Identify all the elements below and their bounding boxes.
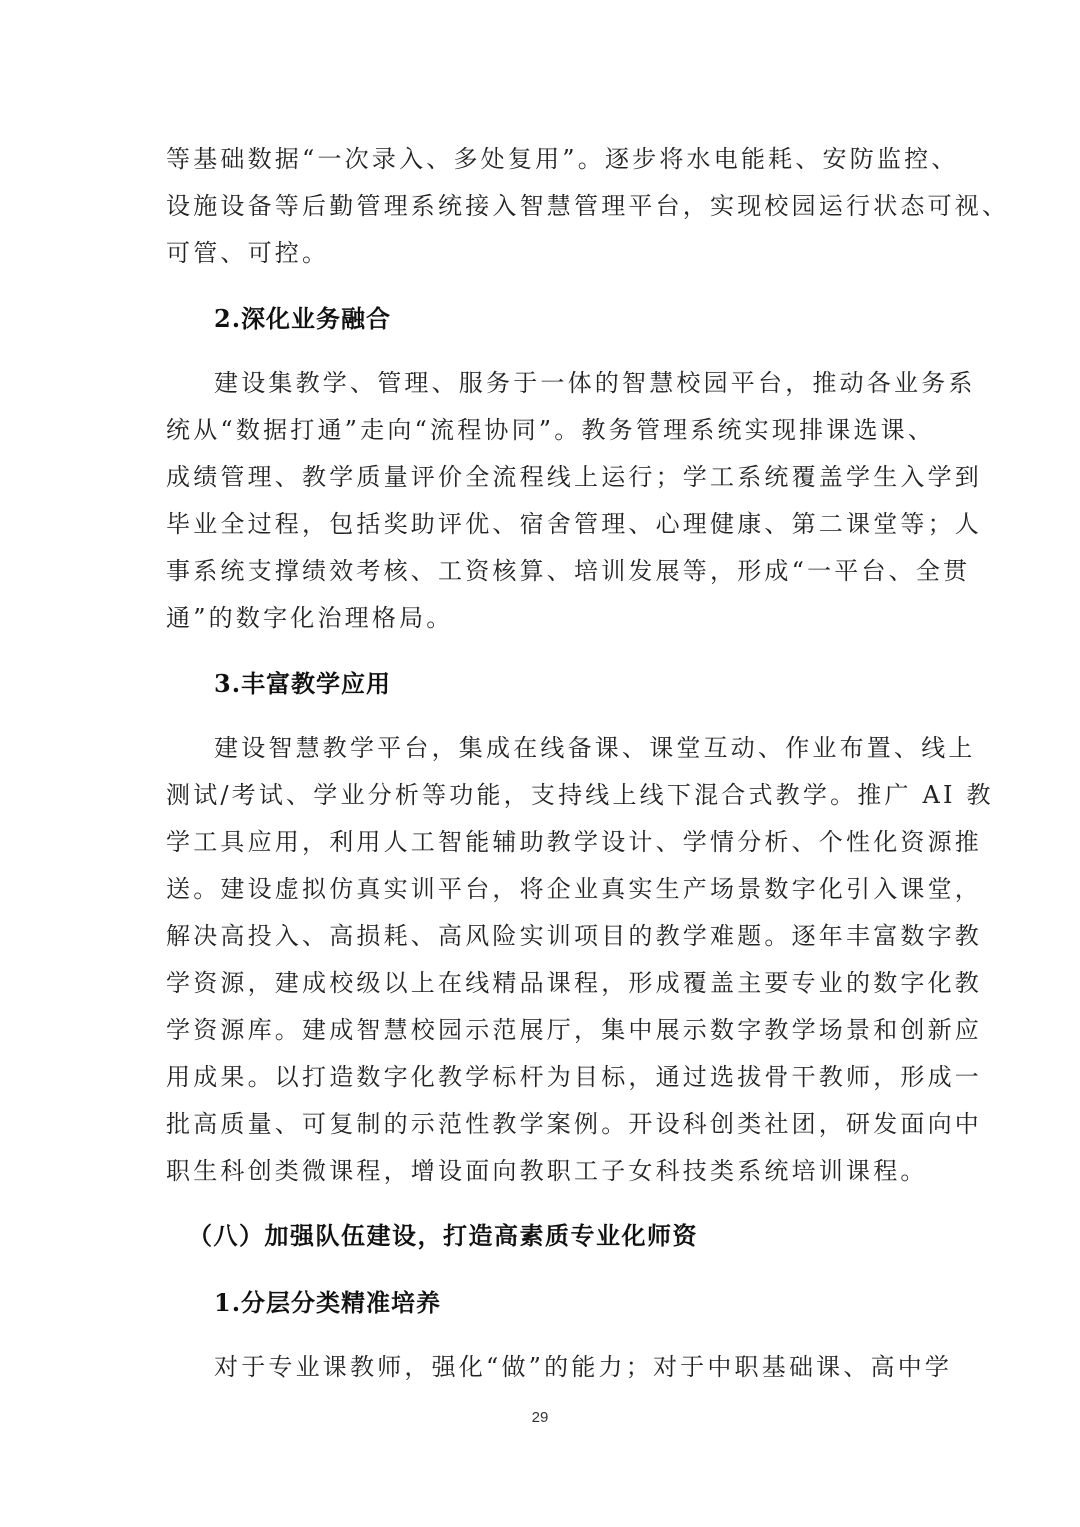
- paragraph-line: 职生科创类微课程，增设面向教职工子女科技类系统培训课程。: [166, 1155, 926, 1187]
- paragraph-line: 学资源库。建成智慧校园示范展厅，集中展示数字教学场景和创新应: [166, 1014, 926, 1046]
- paragraph-line: 测试/考试、学业分析等功能，支持线上线下混合式教学。推广 AI 教: [166, 779, 926, 811]
- paragraph-line: 通”的数字化治理格局。: [166, 602, 926, 634]
- paragraph-line: 可管、可控。: [166, 237, 926, 269]
- paragraph-line: 统从“数据打通”走向“流程协同”。教务管理系统实现排课选课、: [166, 414, 926, 446]
- paragraph-line: 设施设备等后勤管理系统接入智慧管理平台，实现校园运行状态可视、: [166, 190, 926, 222]
- paragraph-line: 事系统支撑绩效考核、工资核算、培训发展等，形成“一平台、全贯: [166, 555, 926, 587]
- paragraph-line: 学资源，建成校级以上在线精品课程，形成覆盖主要专业的数字化教: [166, 967, 926, 999]
- subsection-heading-3: 3.丰富教学应用: [214, 668, 391, 700]
- paragraph-line: 毕业全过程，包括奖助评优、宿舍管理、心理健康、第二课堂等；人: [166, 508, 926, 540]
- subsection-heading-8-1: 1.分层分类精准培养: [214, 1287, 441, 1319]
- paragraph-line: 批高质量、可复制的示范性教学案例。开设科创类社团，研发面向中: [166, 1108, 926, 1140]
- paragraph-line: 建设集教学、管理、服务于一体的智慧校园平台，推动各业务系: [214, 367, 926, 399]
- document-page: 等基础数据“一次录入、多处复用”。逐步将水电能耗、安防监控、 设施设备等后勤管理…: [0, 0, 1080, 1527]
- paragraph-line: 等基础数据“一次录入、多处复用”。逐步将水电能耗、安防监控、: [166, 143, 926, 175]
- page-number: 29: [0, 1409, 1080, 1426]
- section-heading-8: （八）加强队伍建设，打造高素质专业化师资: [188, 1220, 698, 1252]
- paragraph-line: 解决高投入、高损耗、高风险实训项目的教学难题。逐年丰富数字教: [166, 920, 926, 952]
- paragraph-line: 对于专业课教师，强化“做”的能力；对于中职基础课、高中学: [214, 1351, 926, 1383]
- paragraph-line: 用成果。以打造数字化教学标杆为目标，通过选拔骨干教师，形成一: [166, 1061, 926, 1093]
- paragraph-line: 送。建设虚拟仿真实训平台，将企业真实生产场景数字化引入课堂，: [166, 873, 926, 905]
- paragraph-line: 学工具应用，利用人工智能辅助教学设计、学情分析、个性化资源推: [166, 826, 926, 858]
- paragraph-line: 成绩管理、教学质量评价全流程线上运行；学工系统覆盖学生入学到: [166, 461, 926, 493]
- paragraph-line: 建设智慧教学平台，集成在线备课、课堂互动、作业布置、线上: [214, 732, 926, 764]
- subsection-heading-2: 2.深化业务融合: [214, 303, 391, 335]
